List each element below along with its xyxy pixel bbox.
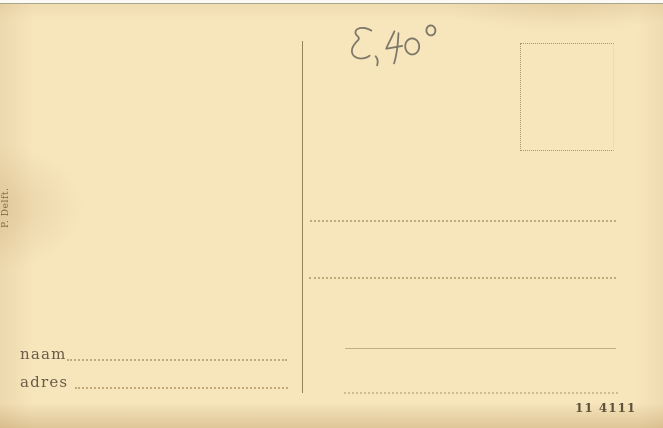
address-line-3 [345, 348, 616, 349]
name-field-line [67, 359, 287, 361]
stamp-box [520, 43, 614, 151]
center-divider [302, 41, 303, 393]
publisher-credit: P. Delft. [1, 182, 17, 234]
pencil-stroke-E [351, 27, 373, 59]
serial-number: 11 4111 [575, 401, 636, 415]
address-line-2 [309, 277, 616, 279]
address-field-line [75, 387, 288, 389]
address-line-4 [344, 392, 618, 394]
address-line-1 [310, 220, 616, 222]
handwritten-annotation: E.400 [345, 15, 457, 71]
address-field-label: adres [20, 373, 68, 391]
postcard-back: P. Delft. E.400 naam adres 11 4111 [0, 3, 663, 428]
pencil-stroke-small-0 [426, 25, 436, 35]
pencil-stroke-0 [405, 38, 420, 55]
pencil-stroke-4a [385, 31, 402, 49]
pencil-stroke-comma [376, 56, 378, 65]
name-field-label: naam [20, 345, 67, 363]
